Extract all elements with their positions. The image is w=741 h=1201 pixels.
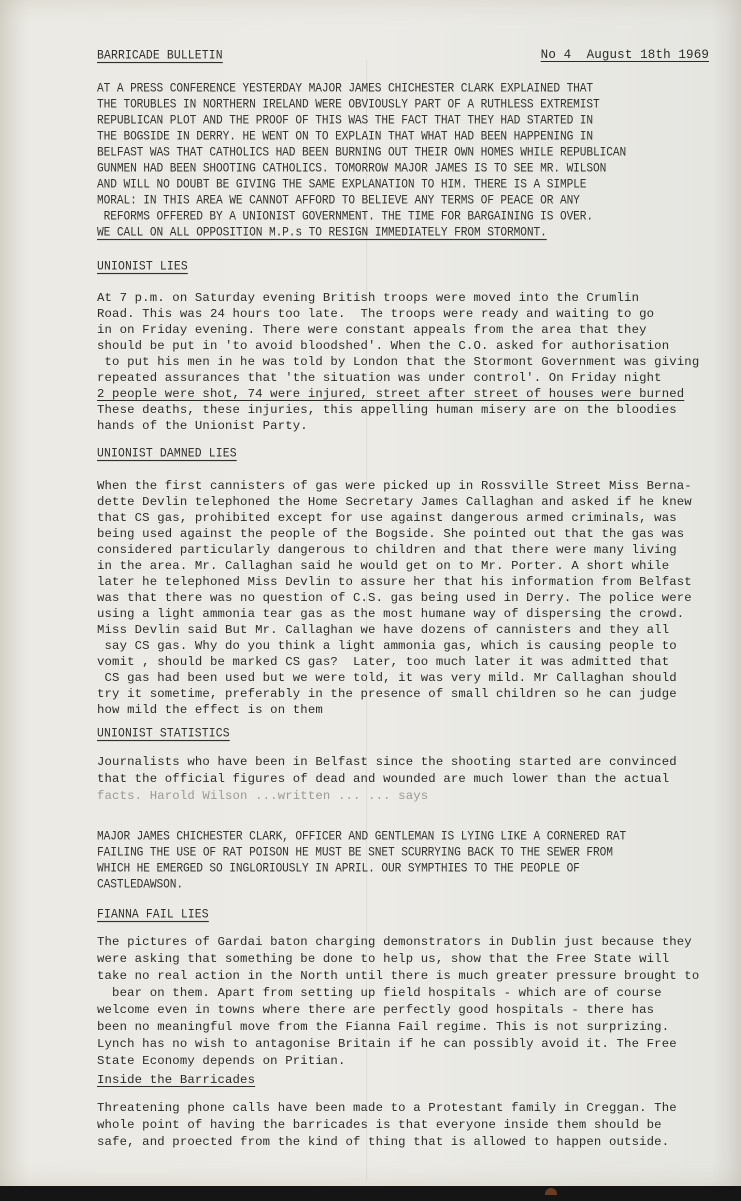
body-line: bear on them. Apart from setting up fiel… <box>97 985 662 1001</box>
body-line: say CS gas. Why do you think a light amm… <box>97 638 677 654</box>
section-heading: Inside the Barricades <box>97 1072 255 1088</box>
body-line: using a light ammonia tear gas as the mo… <box>97 606 684 622</box>
intro-line-call-to-action: WE CALL ON ALL OPPOSITION M.P.s TO RESIG… <box>97 224 547 242</box>
body-line: try it sometime, preferably in the prese… <box>97 686 677 702</box>
body-line: whole point of having the barricades is … <box>97 1117 662 1133</box>
caps-line: CASTLEDAWSON. <box>97 876 183 894</box>
body-line-faded: facts. Harold Wilson ...written ... ... … <box>97 788 428 804</box>
section-heading: UNIONIST LIES <box>97 258 188 276</box>
body-line: welcome even in towns where there are pe… <box>97 1002 654 1018</box>
body-line: was that there was no question of C.S. g… <box>97 590 692 606</box>
body-line: to put his men in he was told by London … <box>97 354 699 370</box>
body-line: CS gas had been used but we were told, i… <box>97 670 677 686</box>
body-line: in on Friday evening. There were constan… <box>97 322 647 338</box>
body-line: When the first cannisters of gas were pi… <box>97 478 692 494</box>
body-line: hands of the Unionist Party. <box>97 418 308 434</box>
section-heading: UNIONIST DAMNED LIES <box>97 445 237 463</box>
body-line: repeated assurances that 'the situation … <box>97 370 662 386</box>
staple-mark <box>545 1188 557 1195</box>
body-line: in the area. Mr. Callaghan said he would… <box>97 558 669 574</box>
body-line: later he telephoned Miss Devlin to assur… <box>97 574 692 590</box>
bulletin-title: BARRICADE BULLETIN <box>97 47 223 65</box>
body-line: take no real action in the North until t… <box>97 968 699 984</box>
body-line: being used against the people of the Bog… <box>97 526 684 542</box>
body-line: These deaths, these injuries, this appel… <box>97 402 677 418</box>
body-line: Road. This was 24 hours too late. The tr… <box>97 306 654 322</box>
body-line-underlined: 2 people were shot, 74 were injured, str… <box>97 386 684 402</box>
body-line: Threatening phone calls have been made t… <box>97 1100 677 1116</box>
section-heading: FIANNA FAIL LIES <box>97 906 209 924</box>
body-line: Lynch has no wish to antagonise Britain … <box>97 1036 677 1052</box>
body-line: safe, and proected from the kind of thin… <box>97 1134 669 1150</box>
body-line: State Economy depends on Pritian. <box>97 1053 345 1069</box>
body-line: should be put in 'to avoid bloodshed'. W… <box>97 338 669 354</box>
body-line: that the official figures of dead and wo… <box>97 771 669 787</box>
body-line: Journalists who have been in Belfast sin… <box>97 754 677 770</box>
body-line: that CS gas, prohibited except for use a… <box>97 510 677 526</box>
section-heading: UNIONIST STATISTICS <box>97 725 230 743</box>
body-line: dette Devlin telephoned the Home Secreta… <box>97 494 692 510</box>
body-line: were asking that something be done to he… <box>97 951 669 967</box>
body-line: Miss Devlin said But Mr. Callaghan we ha… <box>97 622 669 638</box>
body-line: vomit , should be marked CS gas? Later, … <box>97 654 669 670</box>
body-line: The pictures of Gardai baton charging de… <box>97 934 692 950</box>
scan-background <box>0 1186 741 1201</box>
body-line: At 7 p.m. on Saturday evening British tr… <box>97 290 639 306</box>
issue-date: No 4 August 18th 1969 <box>541 47 709 63</box>
bulletin-page: BARRICADE BULLETIN No 4 August 18th 1969… <box>0 0 741 1186</box>
body-line: been no meaningful move from the Fianna … <box>97 1019 669 1035</box>
body-line: considered particularly dangerous to chi… <box>97 542 677 558</box>
body-line: how mild the effect is on them <box>97 702 323 718</box>
